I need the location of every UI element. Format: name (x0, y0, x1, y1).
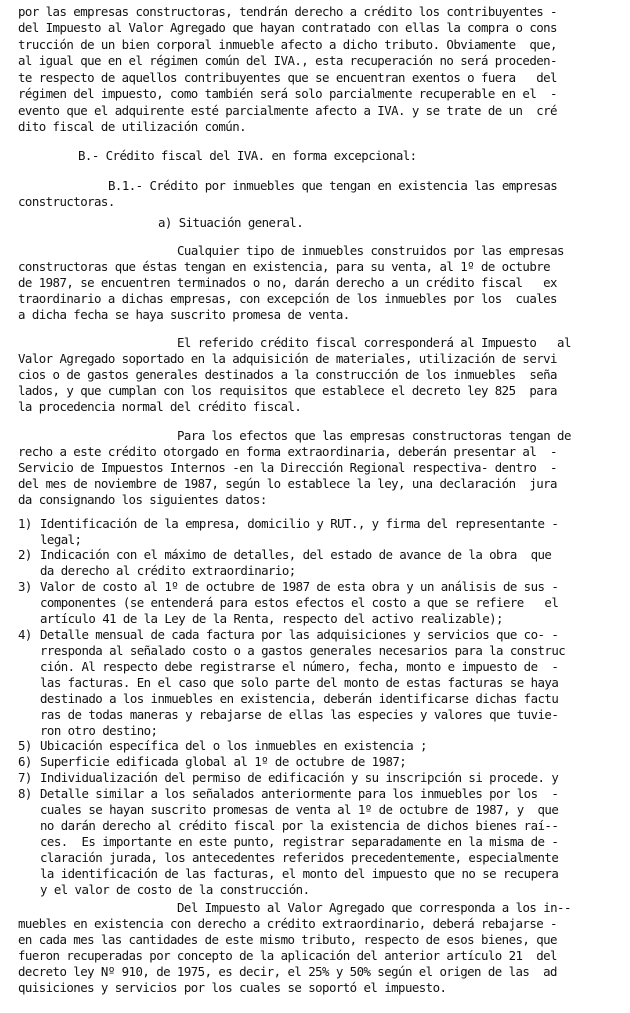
list-item-number: 5) (18, 738, 32, 754)
text-line: del mes de noviembre de 1987, según lo e… (18, 476, 557, 492)
list-item-line: legal; (40, 532, 81, 548)
list-item-line: la identificación de las facturas, el mo… (40, 866, 558, 882)
list-item-line: cuales se hayan suscrito promesas de ven… (40, 802, 558, 818)
section-heading-b1: B.1.- Crédito por inmuebles que tengan e… (108, 178, 557, 194)
text-line: dito fiscal de utilización común. (18, 119, 246, 135)
text-line: lados, y que cumplan con los requisitos … (18, 383, 557, 399)
section-heading-b1-cont: constructoras. (18, 194, 115, 210)
document-page: por las empresas constructoras, tendrán … (0, 0, 630, 1013)
text-line: cios o de gastos generales destinados a … (18, 367, 557, 383)
list-item-line: artículo 41 de la Ley de la Renta, respe… (40, 611, 503, 627)
text-line: de 1987, se encuentren terminados o no, … (18, 275, 557, 291)
list-item-line: y el valor de costo de la construcción. (40, 882, 309, 898)
text-line: Cualquier tipo de inmuebles construidos … (177, 243, 564, 259)
text-line: Para los efectos que las empresas constr… (177, 428, 571, 444)
list-item-line: Ubicación específica del o los inmuebles… (40, 738, 427, 754)
list-item-number: 6) (18, 754, 32, 770)
list-item-number: 4) (18, 627, 32, 643)
section-heading-b: B.- Crédito fiscal del IVA. en forma exc… (78, 148, 417, 164)
text-line: muebles en existencia con derecho a créd… (18, 916, 557, 932)
list-item-line: ción. Al respecto debe registrarse el nú… (40, 659, 558, 675)
list-item-line: claración jurada, los antecedentes refer… (40, 850, 558, 866)
list-item-number: 2) (18, 547, 32, 563)
list-item-number: 8) (18, 786, 32, 802)
text-line: del Impuesto al Valor Agregado que hayan… (18, 20, 557, 36)
text-line: en cada mes las cantidades de este mismo… (18, 932, 557, 948)
text-line: da consignando los siguientes datos: (18, 492, 267, 508)
text-line: Del Impuesto al Valor Agregado que corre… (177, 900, 571, 916)
list-item-number: 7) (18, 770, 32, 786)
list-item-line: da derecho al crédito extraordinario; (40, 563, 296, 579)
text-line: evento que el adquirente esté parcialmen… (18, 103, 557, 119)
text-line: te respecto de aquellos contribuyentes q… (18, 70, 557, 86)
list-item-line: componentes (se entenderá para estos efe… (40, 595, 558, 611)
list-item-line: ron otro destino; (40, 723, 157, 739)
subsection-heading-a: a) Situación general. (158, 215, 303, 231)
text-line: trucción de un bien corporal inmueble af… (18, 37, 557, 53)
list-item-line: Indicación con el máximo de detalles, de… (40, 547, 551, 563)
text-line: constructoras que éstas tengan en existe… (18, 259, 550, 275)
text-line: a dicha fecha se haya suscrito promesa d… (18, 307, 350, 323)
text-line: decreto ley Nº 910, de 1975, es decir, e… (18, 964, 557, 980)
list-item-line: ces. Es importante en este punto, regist… (40, 834, 558, 850)
list-item-line: ras de todas maneras y rebajarse de ella… (40, 707, 558, 723)
list-item-number: 3) (18, 579, 32, 595)
text-line: Servicio de Impuestos Internos -en la Di… (18, 460, 557, 476)
text-line: quisiciones y servicios por los cuales s… (18, 980, 446, 996)
list-item-line: Individualización del permiso de edifica… (40, 770, 558, 786)
list-item-line: Detalle similar a los señalados anterior… (40, 786, 558, 802)
list-item-line: las facturas. En el caso que solo parte … (40, 675, 558, 691)
text-line: traordinario a dichas empresas, con exce… (18, 291, 557, 307)
list-item-line: rresponda al señalado costo o a gastos g… (40, 643, 565, 659)
list-item-line: Superficie edificada global al 1º de oct… (40, 754, 406, 770)
list-item-line: Valor de costo al 1º de octubre de 1987 … (40, 579, 558, 595)
list-item-line: destinado a los inmuebles en existencia,… (40, 691, 558, 707)
text-line: la procedencia normal del crédito fiscal… (18, 399, 301, 415)
text-line: régimen del impuesto, como también será … (18, 86, 557, 102)
text-line: por las empresas constructoras, tendrán … (18, 4, 557, 20)
text-line: Valor Agregado soportado en la adquisici… (18, 351, 557, 367)
text-line: El referido crédito fiscal corresponderá… (177, 335, 571, 351)
text-line: recho a este crédito otorgado en forma e… (18, 444, 557, 460)
text-line: fueron recuperadas por concepto de la ap… (18, 948, 557, 964)
list-item-line: Identificación de la empresa, domicilio … (40, 516, 558, 532)
list-item-line: Detalle mensual de cada factura por las … (40, 627, 558, 643)
list-item-number: 1) (18, 516, 32, 532)
list-item-line: no darán derecho al crédito fiscal por l… (40, 818, 558, 834)
text-line: al igual que en el régimen común del IVA… (18, 53, 557, 69)
